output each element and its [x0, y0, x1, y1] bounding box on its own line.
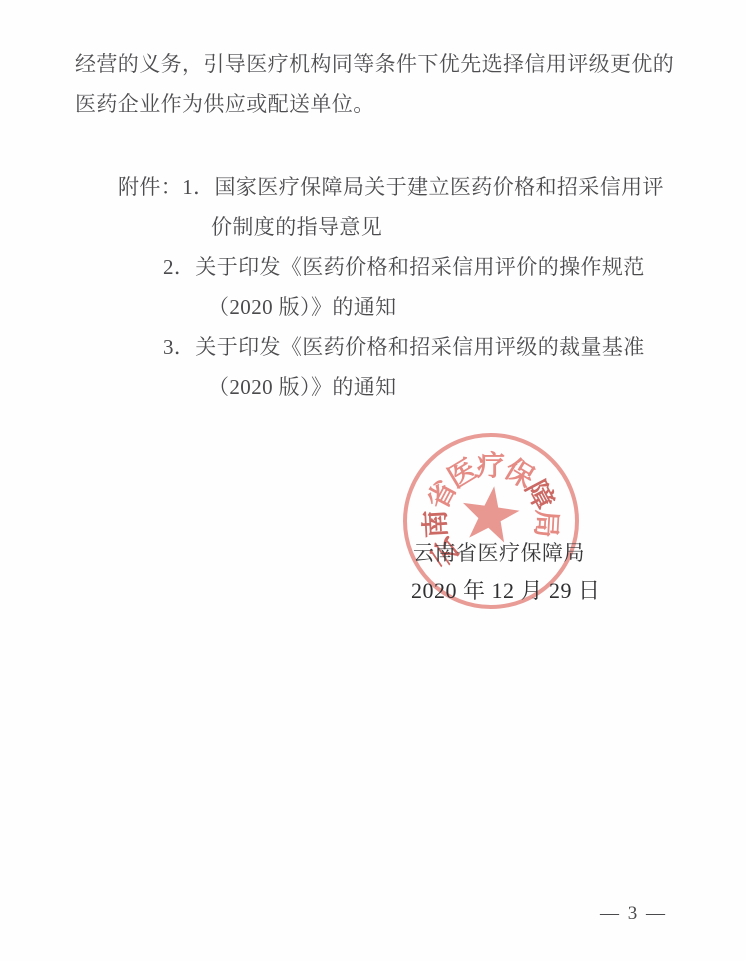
- attachment-line-4: （2020 版）》的通知: [208, 292, 397, 322]
- body-text-line-2: 医药企业作为供应或配送单位。: [75, 89, 375, 119]
- document-page: 经营的义务，引导医疗机构同等条件下优先选择信用评级更优的 医药企业作为供应或配送…: [0, 0, 746, 961]
- page-number: — 3 —: [600, 901, 667, 927]
- body-text-line-1: 经营的义务，引导医疗机构同等条件下优先选择信用评级更优的: [75, 49, 674, 79]
- seal-arc-char: 局: [529, 509, 561, 539]
- attachment-line-3: 2．关于印发《医药价格和招采信用评价的操作规范: [163, 252, 645, 282]
- signature-date: 2020 年 12 月 29 日: [411, 577, 601, 605]
- attachment-line-5: 3．关于印发《医药价格和招采信用评级的裁量基准: [163, 332, 645, 362]
- attachment-line-1: 附件：1．国家医疗保障局关于建立医药价格和招采信用评: [118, 172, 664, 202]
- attachment-line-2: 价制度的指导意见: [211, 212, 382, 242]
- signature-agency: 云南省医疗保障局: [413, 539, 585, 567]
- attachment-line-6: （2020 版）》的通知: [208, 372, 397, 402]
- seal-star-icon: [463, 486, 520, 542]
